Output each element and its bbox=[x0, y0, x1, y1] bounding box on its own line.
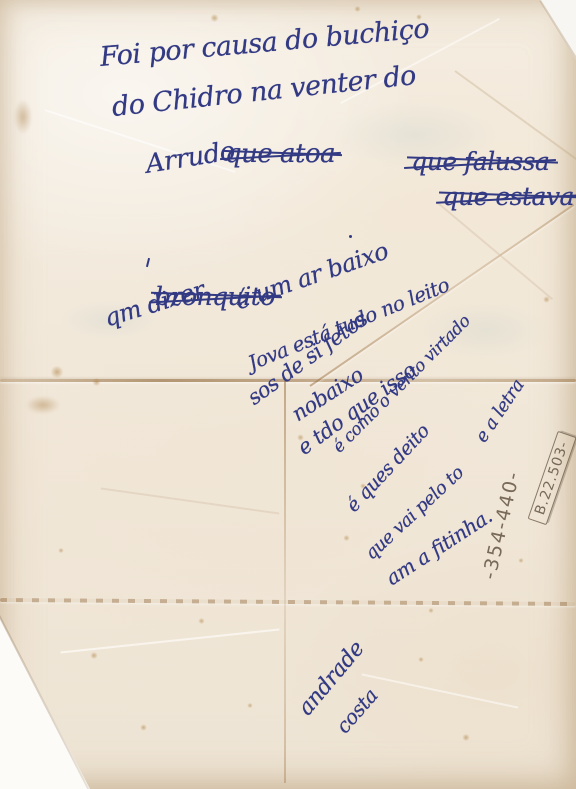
crossed-out-word: que estava bbox=[443, 182, 574, 211]
crossed-out-word: que atoa bbox=[225, 139, 335, 169]
paper-sheet bbox=[0, 0, 576, 789]
crossed-out-word: que falussa bbox=[411, 147, 549, 176]
scanned-note: Foi por causa do buchiço do Chidro na ve… bbox=[0, 0, 576, 789]
pen-dot-mark bbox=[349, 235, 352, 238]
